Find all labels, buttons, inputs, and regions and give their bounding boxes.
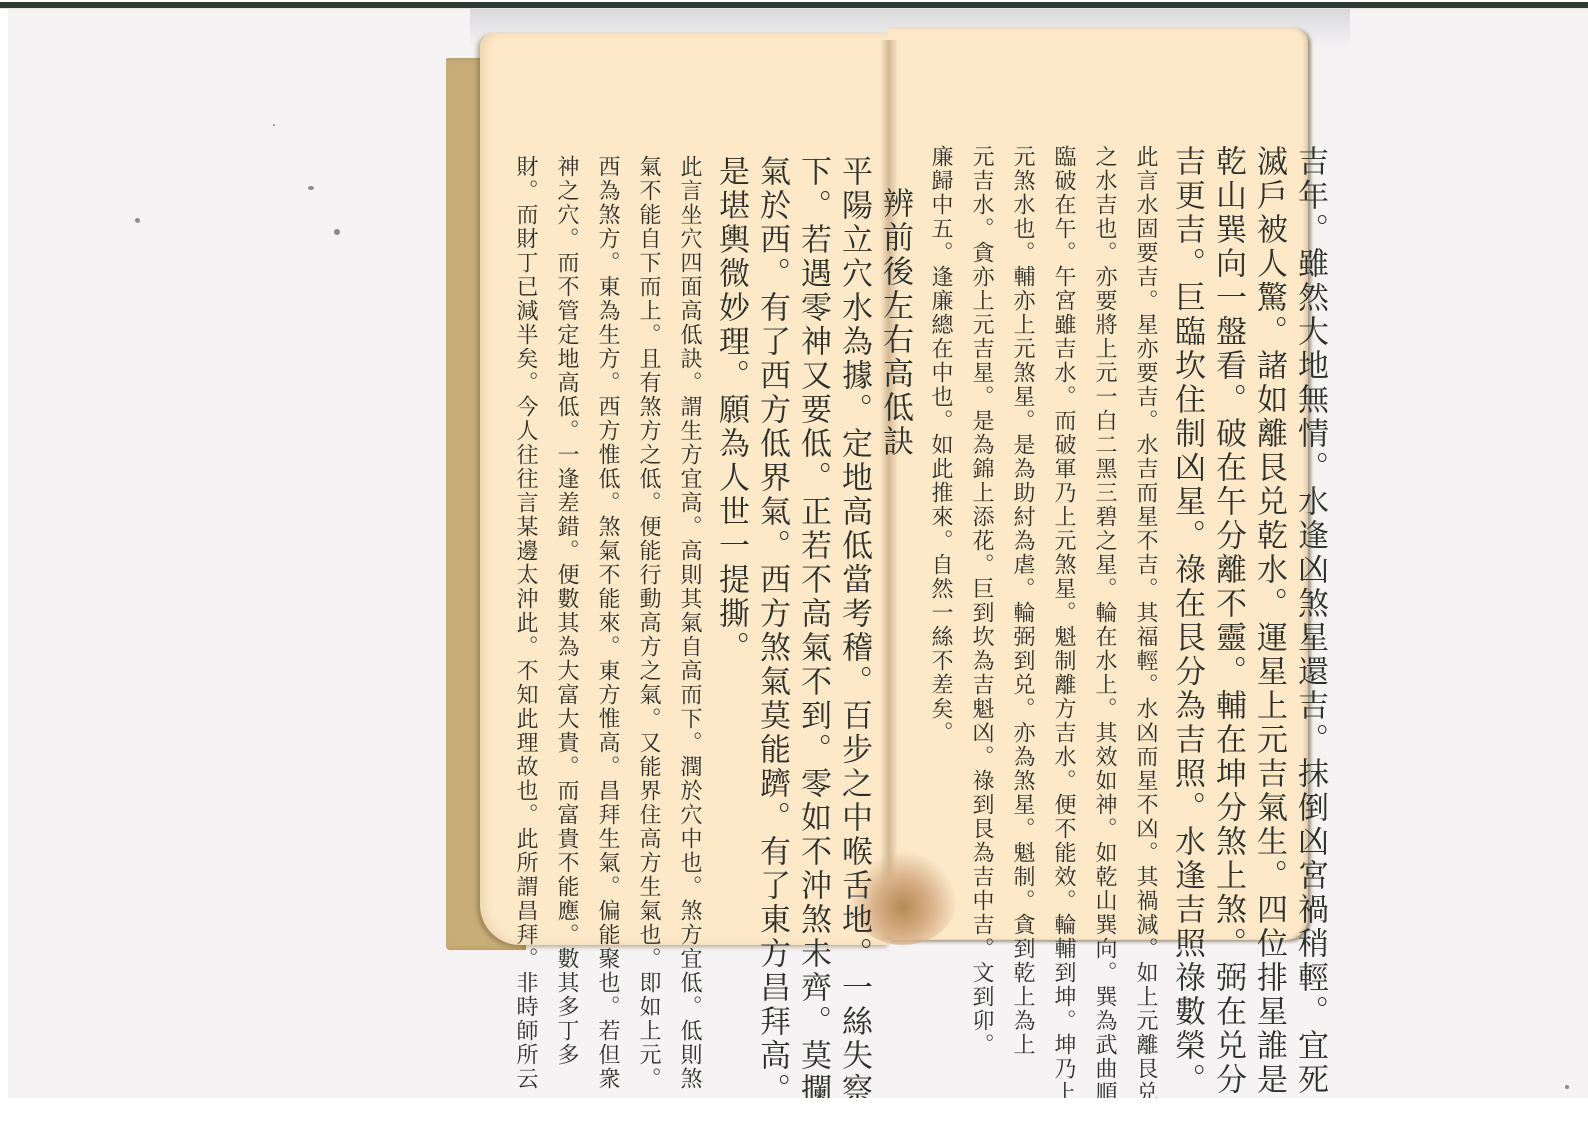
- commentary-column: 元煞水也。輔亦上元煞星。是為助紂為虐。輪弼到兑。亦為煞星。魁制。貪到乾上為上: [1002, 145, 1043, 945]
- dust-speck: [308, 186, 314, 190]
- dust-speck: [334, 229, 340, 235]
- dust-speck: [135, 218, 140, 223]
- left-page-text: 辨前後左右高低訣 平陽立穴水為據。定地高低當考稽。百步之中喉舌地。一絲失察賤如泥…: [505, 155, 915, 955]
- dust-speck: [273, 124, 275, 126]
- text-column: 下。若遇零神又要低。正若不高氣不到。零如不沖煞未齊。莫攔太沖一邊制。西地沖分: [792, 155, 833, 955]
- scan-border: [0, 0, 8, 1122]
- section-title: 辨前後左右高低訣: [874, 155, 915, 955]
- text-column: 乾山巽向一盤看。破在午分離不靈。輔在坤分煞上煞。弼在兑分福便輕。貪在乾宮: [1207, 145, 1248, 945]
- scan-border: [0, 1098, 1588, 1122]
- commentary-column: 元吉水。貪亦上元吉星。是為錦上添花。巨到坎為吉魁凶。祿到艮為吉中吉。文到卯。: [961, 145, 1002, 945]
- commentary-column: 臨破在午。午宮雖吉水。而破軍乃上元煞星。魁制離方吉水。便不能效。輪輔到坤。坤乃上: [1043, 145, 1084, 945]
- text-column: 吉更吉。巨臨坎住制凶星。祿在艮分為吉照。水逢吉照祿數榮。: [1166, 145, 1207, 945]
- text-column: 滅戶被人驚。諸如離艮兑乾水。運星上元吉氣生。四位排星誰是吉。上須一二三未臨。: [1248, 145, 1289, 945]
- commentary-column: 廉歸中五。逢廉總在中也。如此推來。自然一絲不差矣。: [920, 145, 961, 945]
- text-column: 氣於西。有了西方低界氣。西方煞氣莫能躋。有了東方昌拜高。東方生氣一齊樓。此: [751, 155, 792, 955]
- text-column: 平陽立穴水為據。定地高低當考稽。百步之中喉舌地。一絲失察賤如泥。旺方昌拜從高: [833, 155, 874, 955]
- commentary-column: 氣不能自下而上。且有煞方之低。便能行動高方之氣。又能界住高方生氣也。即如上元。: [628, 155, 669, 955]
- scanner-top-edge: [0, 0, 1588, 9]
- commentary-column: 之水吉也。亦要將上元一白二黑三碧之星。輪在水上。其效如神。如乾山巽向。巽為武曲順: [1084, 145, 1125, 945]
- right-page-text: 吉年。雖然大地無情。水逢凶煞星還吉。抹倒凶宮禍稍輕。宜死病遭也自解。莫稱 滅戶被…: [920, 145, 1330, 945]
- commentary-column: 此言坐穴四面高低訣。謂生方宜高。高則其氣自高而下。潤於穴中也。煞方宜低。低則煞: [669, 155, 710, 955]
- commentary-column: 此言水固要吉。星亦要吉。水吉而星不吉。其福輕。水凶而星不凶。其禍減。如上元離艮兑…: [1125, 145, 1166, 945]
- dust-speck: [1565, 1085, 1569, 1089]
- commentary-column: 神之穴。而不管定地高低。一逢差錯。便數其為大富大貴。而富貴不能應。數其多丁多: [546, 155, 587, 955]
- commentary-column: 財。而財丁已減半矣。今人往往言某邊太沖此。不知此理故也。此所謂昌拜。非時師所云: [505, 155, 546, 955]
- commentary-column: 西為煞方。東為生方。西方惟低。煞氣不能來。東方惟高。昌拜生氣。偏能聚也。若但衆: [587, 155, 628, 955]
- text-column: 是堪輿微妙理。願為人世一提撕。: [710, 155, 751, 955]
- text-column: 吉年。雖然大地無情。水逢凶煞星還吉。抹倒凶宮禍稍輕。宜死病遭也自解。莫稱: [1289, 145, 1330, 945]
